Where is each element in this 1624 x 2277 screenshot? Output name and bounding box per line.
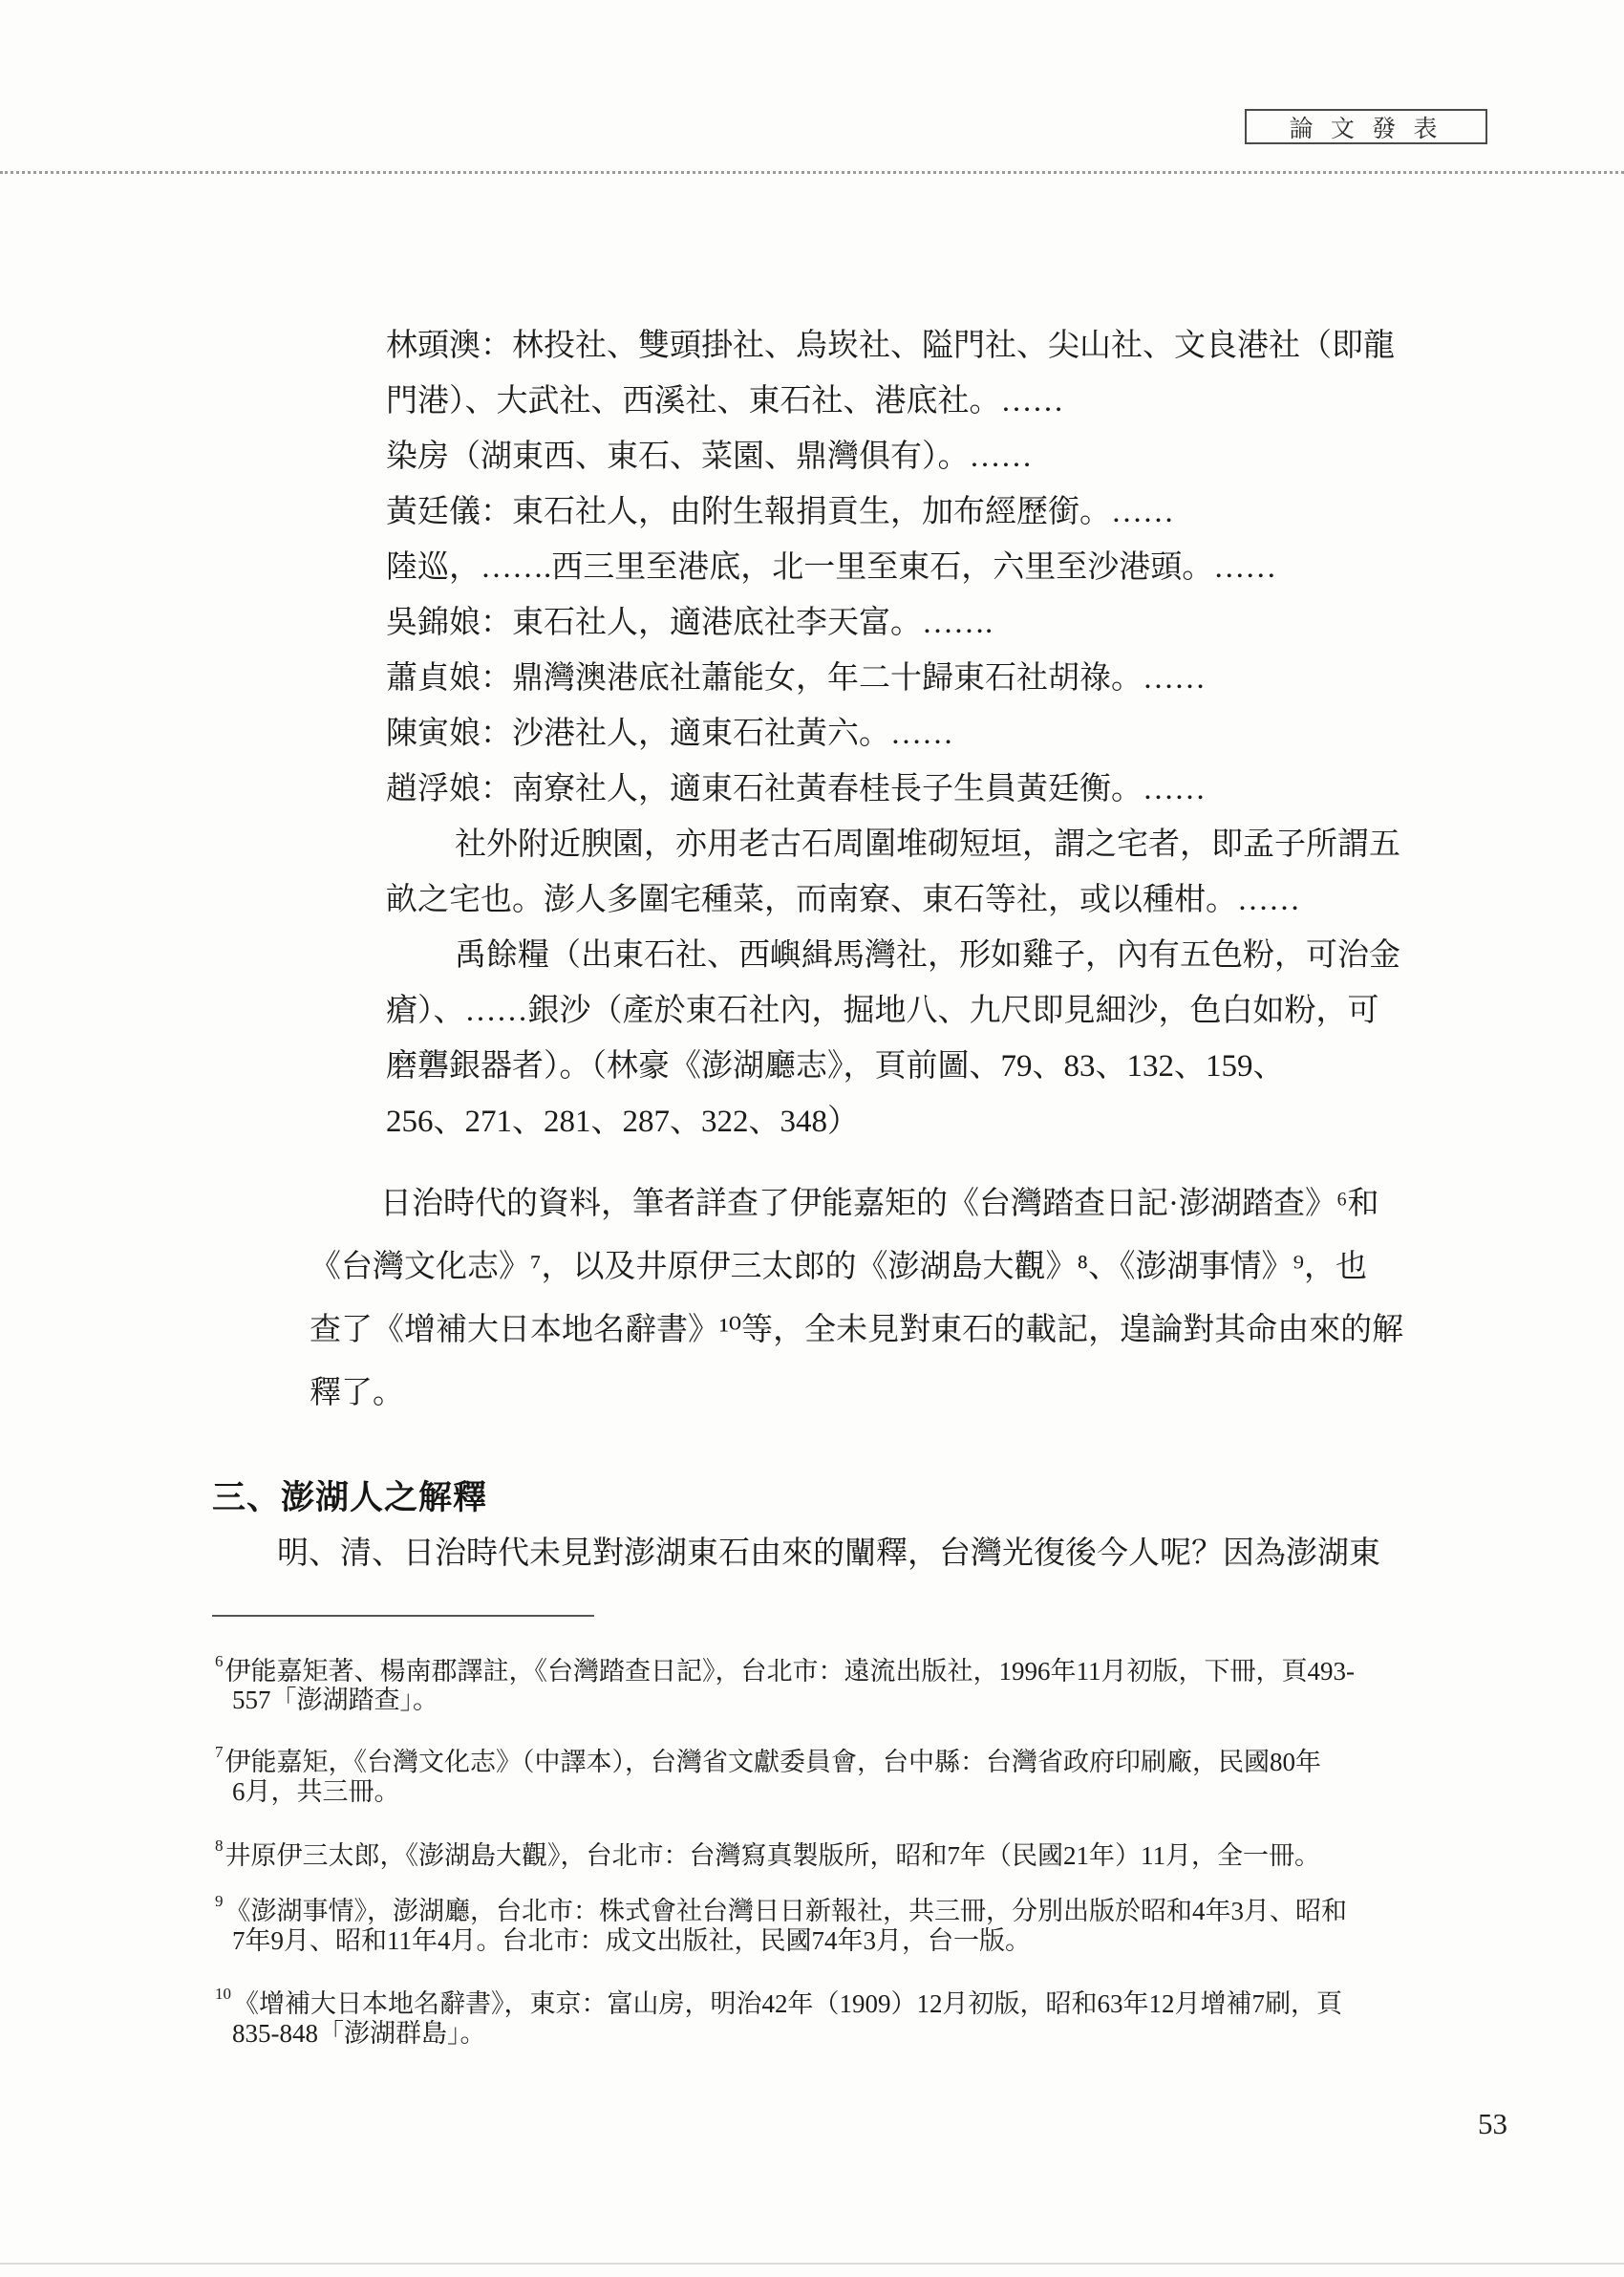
footnote-text: 《澎湖事情》，澎湖廳，台北市：株式會社台灣日日新報社，共三冊，分別出版於昭和4年… [225, 1897, 1348, 1925]
footnote-number: 6 [215, 1652, 224, 1670]
quote-line: 畝之宅也。澎人多圍宅種菜，而南寮、東石等社，或以種柑。…… [386, 881, 1300, 919]
quote-line: 禹餘糧（出東石社、西嶼緝馬灣社，形如雞子，內有五色粉，可治金 [455, 936, 1400, 975]
quote-line: 蕭貞娘：鼎灣澳港底社蕭能女，年二十歸東石社胡祿。…… [386, 659, 1206, 698]
footnote-line: 10《增補大日本地名辭書》，東京：富山房，明治42年（1909）12月初版，昭和… [215, 1978, 1342, 2020]
body-line: 日治時代的資料，筆者詳查了伊能嘉矩的《台灣踏查日記·澎湖踏查》⁶和 [380, 1185, 1379, 1223]
quote-line: 磨礱銀器者）。（林豪《澎湖廳志》，頁前圖、79、83、132、159、 [386, 1047, 1285, 1085]
page-number: 53 [1478, 2107, 1507, 2141]
footnote-line: 7伊能嘉矩，《台灣文化志》（中譯本），台灣省文獻委員會，台中縣：台灣省政府印刷廠… [215, 1736, 1321, 1778]
footnote-number: 7 [215, 1743, 224, 1761]
page-bottom-scan-edge [0, 2263, 1624, 2265]
footnote-line: 7年9月、昭和11年4月。台北市：成文出版社，民國74年3月，台一版。 [232, 1924, 1031, 1957]
quote-line: 門港）、大武社、西溪社、東石社、港底社。…… [386, 382, 1064, 420]
footnote-line: 6月，共三冊。 [232, 1775, 400, 1808]
footnote-line: 6伊能嘉矩著、楊南郡譯註，《台灣踏查日記》，台北市：遠流出版社，1996年11月… [215, 1645, 1355, 1687]
footnote-number: 9 [215, 1892, 224, 1910]
section-heading: 三、澎湖人之解釋 [212, 1471, 487, 1519]
quote-line: 瘡）、……銀沙（產於東石社內，掘地八、九尺即見細沙，色白如粉，可 [386, 992, 1379, 1030]
quote-line: 陳寅娘：沙港社人，適東石社黃六。…… [386, 715, 953, 753]
quote-line: 256、271、281、287、322、348） [386, 1103, 859, 1141]
scanned-paper-page: { "header": { "label": "論 文 發 表" }, "quo… [0, 0, 1624, 2277]
footnote-text: 伊能嘉矩，《台灣文化志》（中譯本），台灣省文獻委員會，台中縣：台灣省政府印刷廠，… [225, 1748, 1322, 1776]
quote-line: 黃廷儀：東石社人，由附生報捐貢生，加布經歷銜。…… [386, 493, 1174, 531]
body-line: 《台灣文化志》⁷，以及井原伊三太郎的《澎湖島大觀》⁸、《澎湖事情》⁹，也 [310, 1248, 1367, 1286]
footnote-text: 《增補大日本地名辭書》，東京：富山房，明治42年（1909）12月初版，昭和63… [233, 1989, 1342, 2018]
footnote-text: 伊能嘉矩著、楊南郡譯註，《台灣踏查日記》，台北市：遠流出版社，1996年11月初… [225, 1657, 1356, 1686]
quote-line: 趙浮娘：南寮社人，適東石社黃春桂長子生員黃廷衡。…… [386, 770, 1206, 808]
footnote-number: 8 [215, 1837, 224, 1855]
header-dotted-rule [0, 171, 1624, 174]
quote-line: 吳錦娘：東石社人，適港底社李天富。……. [386, 604, 993, 642]
quote-line: 社外附近腴園，亦用老古石周圍堆砌短垣，謂之宅者，即孟子所謂五 [455, 826, 1400, 864]
quote-line: 林頭澳：林投社、雙頭掛社、烏崁社、隘門社、尖山社、文良港社（即龍 [386, 327, 1395, 365]
section-paragraph-line: 明、清、日治時代未見對澎湖東石由來的闡釋，台灣光復後今人呢？因為澎湖東 [277, 1535, 1380, 1573]
footnote-text: 井原伊三太郎，《澎湖島大觀》，台北市：台灣寫真製版所，昭和7年（民國21年）11… [225, 1841, 1321, 1870]
footnote-number: 10 [215, 1985, 231, 2003]
running-header-box: 論 文 發 表 [1245, 109, 1487, 144]
footnote-line: 8井原伊三太郎，《澎湖島大觀》，台北市：台灣寫真製版所，昭和7年（民國21年）1… [215, 1830, 1320, 1872]
footnote-line: 557「澎湖踏查」。 [232, 1684, 438, 1716]
footnote-separator-rule [212, 1615, 594, 1617]
body-line: 查了《增補大日本地名辭書》¹⁰等，全未見對東石的載記，遑論對其命由來的解 [310, 1311, 1403, 1349]
quote-line: 陸巡，…….西三里至港底，北一里至東石，六里至沙港頭。…… [386, 548, 1276, 587]
footnote-line: 835-848「澎湖群島」。 [232, 2017, 486, 2050]
quote-line: 染房（湖東西、東石、菜園、鼎灣俱有）。…… [386, 438, 1033, 476]
running-header-label: 論 文 發 表 [1290, 110, 1443, 144]
footnote-line: 9《澎湖事情》，澎湖廳，台北市：株式會社台灣日日新報社，共三冊，分別出版於昭和4… [215, 1885, 1347, 1927]
body-line: 釋了。 [310, 1374, 404, 1412]
